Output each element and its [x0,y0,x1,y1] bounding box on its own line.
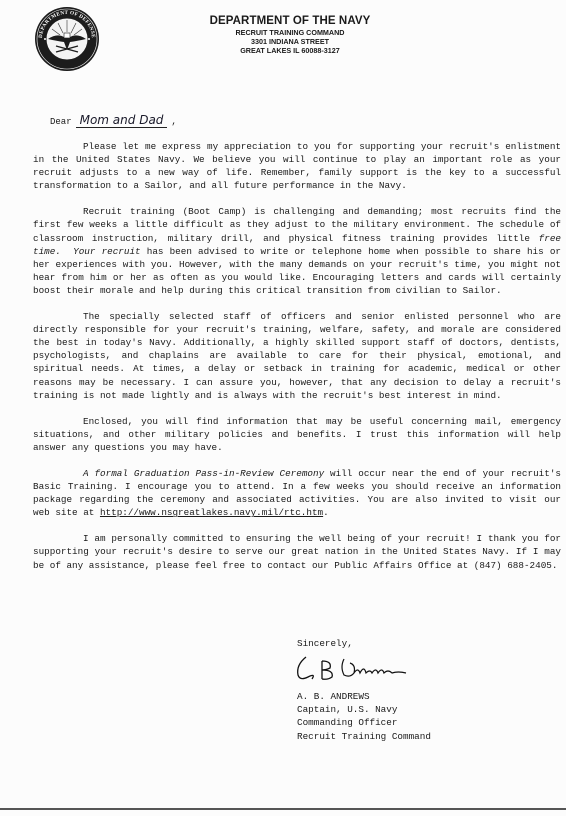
paragraph-boot-camp: Recruit training (Boot Camp) is challeng… [33,205,561,297]
paragraph-text: The specially selected staff of officers… [33,311,561,401]
handwritten-signature-icon [292,651,412,687]
paragraph-text: Please let me express my appreciation to… [33,141,561,191]
emphasis-graduation-ceremony: A formal Graduation Pass-in-Review Cerem… [83,468,324,479]
letterhead-city: GREAT LAKES IL 60088-3127 [190,46,390,55]
paragraph-enclosed: Enclosed, you will find information that… [33,415,561,454]
signature-block: A. B. ANDREWS Captain, U.S. Navy Command… [297,690,431,743]
letterhead: DEPARTMENT OF THE NAVY RECRUIT TRAINING … [190,15,390,55]
department-of-defense-seal-icon: DEPARTMENT OF DEFENSE [34,6,100,72]
letter-page: DEPARTMENT OF DEFENSE DEPARTMENT OF THE … [0,0,566,816]
paragraph-text: Enclosed, you will find information that… [33,416,561,453]
paragraph-text: I am personally committed to ensuring th… [33,533,561,570]
paragraph-commitment: I am personally committed to ensuring th… [33,532,561,571]
salutation-prefix: Dear [50,117,72,127]
page-edge-divider [0,808,566,810]
signer-name: A. B. ANDREWS [297,690,431,703]
closing: Sincerely, [297,637,353,650]
letterhead-title: DEPARTMENT OF THE NAVY [190,15,390,28]
letterhead-street: 3301 INDIANA STREET [190,37,390,46]
paragraph-staff: The specially selected staff of officers… [33,310,561,402]
salutation-name: Mom and Dad [76,113,168,128]
salutation-suffix: , [171,117,176,127]
paragraph-appreciation: Please let me express my appreciation to… [33,140,561,192]
letter-body: Please let me express my appreciation to… [33,140,561,585]
salutation: Dear Mom and Dad , [50,113,177,128]
emphasis-your-recruit: Your recruit [73,246,140,257]
website-link[interactable]: http://www.nsgreatlakes.navy.mil/rtc.htm [100,507,323,518]
letterhead-command: RECRUIT TRAINING COMMAND [190,28,390,37]
signer-position: Commanding Officer [297,716,431,729]
paragraph-graduation: A formal Graduation Pass-in-Review Cerem… [33,467,561,519]
paragraph-text: Recruit training (Boot Camp) is challeng… [33,206,561,243]
signer-unit: Recruit Training Command [297,730,431,743]
signer-rank: Captain, U.S. Navy [297,703,431,716]
paragraph-end: . [323,507,329,518]
